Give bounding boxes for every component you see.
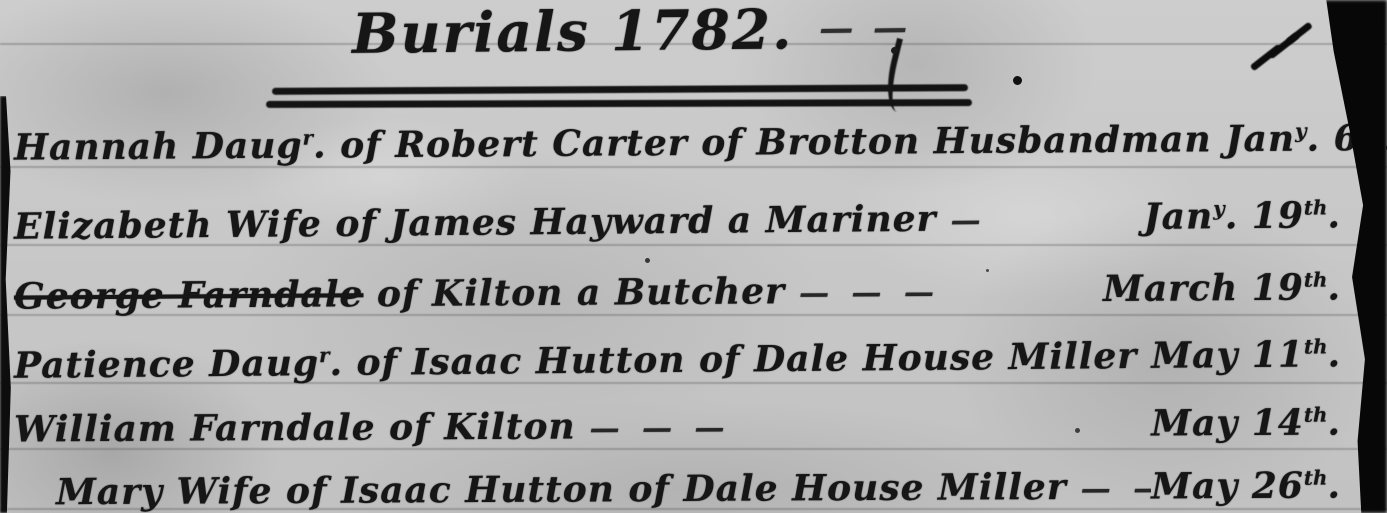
ink-hatch-marks bbox=[1246, 16, 1342, 80]
entry-date: May 11th. bbox=[1151, 333, 1341, 377]
entry-dash: — bbox=[936, 202, 1143, 239]
burial-register-page: Burials 1782.— — Hannah Daugr. of Robert… bbox=[0, 0, 1387, 513]
entry-text: William Farndale of Kilton bbox=[14, 406, 576, 451]
entry-dash: — — — bbox=[785, 274, 1103, 311]
entry-text: Hannah Daugr. of Robert Carter of Brotto… bbox=[14, 118, 1212, 168]
burial-entry-row: Patience Daugr. of Isaac Hutton of Dale … bbox=[14, 333, 1341, 387]
burial-entry-row: George Farndale of Kilton a Butcher — — … bbox=[14, 266, 1341, 317]
entry-date: May 14th. bbox=[1151, 402, 1341, 445]
entry-text: Patience Daugr. of Isaac Hutton of Dale … bbox=[14, 335, 1138, 387]
entry-date: Jany. 19th. bbox=[1143, 194, 1341, 238]
burial-entry-row: Elizabeth Wife of James Hayward a Marine… bbox=[14, 194, 1341, 248]
entry-text: Mary Wife of Isaac Hutton of Dale House … bbox=[56, 466, 1067, 513]
entry-text: Elizabeth Wife of James Hayward a Marine… bbox=[14, 198, 937, 248]
entry-text: George Farndale of Kilton a Butcher bbox=[14, 270, 785, 317]
entry-dash: — — bbox=[1067, 472, 1152, 507]
entry-dash: — — — bbox=[576, 409, 1152, 447]
burial-entries: Hannah Daugr. of Robert Carter of Brotto… bbox=[0, 0, 1387, 513]
entry-date: May 26th. bbox=[1151, 465, 1341, 508]
ink-specks bbox=[1013, 76, 1022, 85]
ink-stroke bbox=[1285, 22, 1313, 46]
entry-date: March 19th. bbox=[1103, 266, 1341, 310]
burial-entry-row: Mary Wife of Isaac Hutton of Dale House … bbox=[14, 465, 1341, 513]
entry-dash: — — bbox=[1211, 124, 1225, 159]
burial-entry-row: Hannah Daugr. of Robert Carter of Brotto… bbox=[14, 117, 1341, 168]
burial-entry-row: William Farndale of Kilton — — — May 14t… bbox=[14, 402, 1341, 451]
